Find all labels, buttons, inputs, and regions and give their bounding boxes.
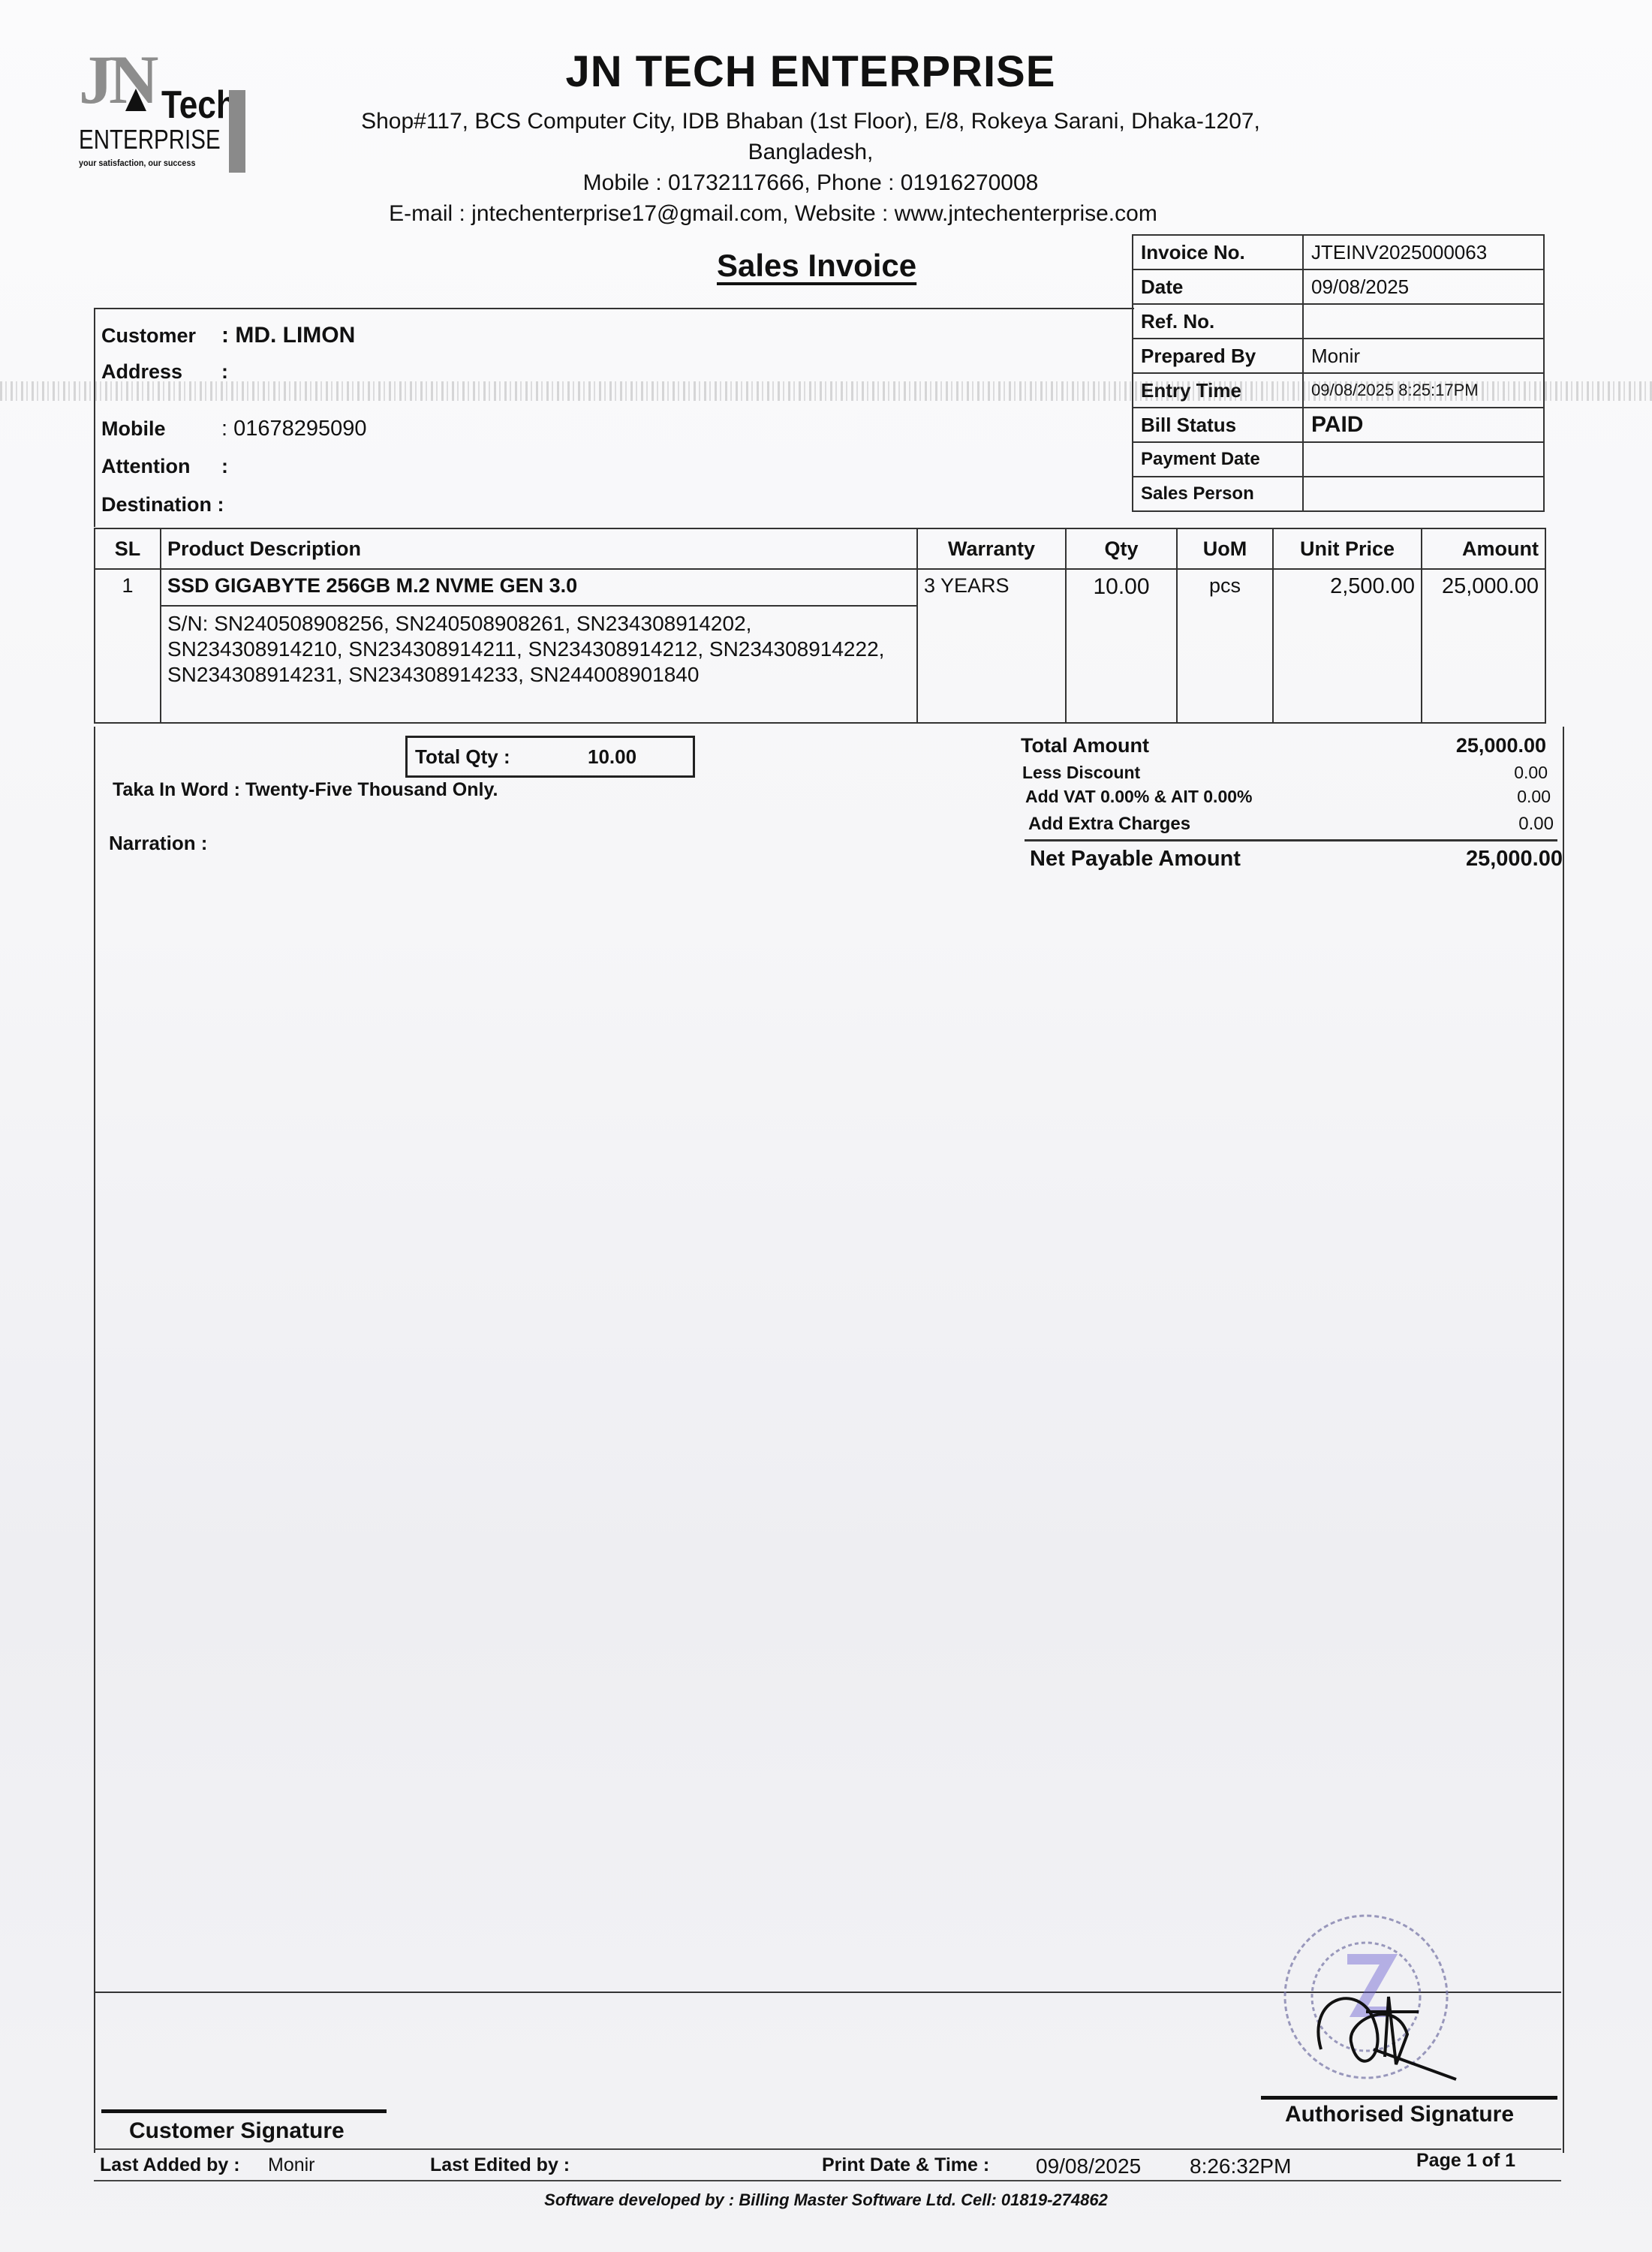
total-qty-box: Total Qty : 10.00: [405, 736, 695, 778]
document-title: Sales Invoice: [717, 248, 916, 284]
info-row-invoice-no: Invoice No.JTEINV2025000063: [1133, 235, 1544, 269]
company-contact: Mobile : 01732117666, Phone : 0191627000…: [285, 170, 1336, 196]
info-row-date: Date09/08/2025: [1133, 269, 1544, 304]
items-header-row: SL Product Description Warranty Qty UoM …: [95, 528, 1545, 569]
company-address-line1: Shop#117, BCS Computer City, IDB Bhaban …: [285, 109, 1336, 134]
invoice-info-table: Invoice No.JTEINV2025000063 Date09/08/20…: [1132, 234, 1545, 512]
info-row-bill-status: Bill StatusPAID: [1133, 408, 1544, 442]
logo-triangle-icon: [125, 89, 146, 111]
destination-row: Destination :: [101, 493, 224, 516]
company-address-line2: Bangladesh,: [285, 140, 1336, 165]
address-row: Address:: [101, 360, 228, 384]
serial-numbers: S/N: SN240508908256, SN240508908261, SN2…: [167, 611, 910, 688]
company-stamp-icon: [1276, 1907, 1464, 2094]
summary-divider: [1025, 839, 1557, 841]
narration-label: Narration :: [109, 832, 207, 855]
logo-word: Tech: [161, 83, 236, 128]
logo-tagline: your satisfaction, our success: [79, 158, 195, 168]
page-indicator: Page 1 of 1: [1416, 2150, 1515, 2172]
company-logo: JN Tech ENTERPRISE your satisfaction, ou…: [79, 45, 259, 173]
info-row-sales-person: Sales Person: [1133, 477, 1544, 511]
company-web: E-mail : jntechenterprise17@gmail.com, W…: [248, 201, 1298, 227]
logo-subword: ENTERPRISE: [79, 124, 221, 155]
authorised-signature-line: [1261, 2096, 1557, 2100]
table-row: 1 SSD GIGABYTE 256GB M.2 NVME GEN 3.0 S/…: [95, 569, 1545, 723]
developer-credit: Software developed by : Billing Master S…: [0, 2190, 1652, 2210]
customer-block: Customer: MD. LIMON Address: Mobile: 016…: [94, 308, 1134, 527]
company-name: JN TECH ENTERPRISE: [315, 47, 1306, 97]
scan-noise-band: [0, 381, 1652, 401]
info-row-ref-no: Ref. No.: [1133, 304, 1544, 339]
product-name: SSD GIGABYTE 256GB M.2 NVME GEN 3.0: [161, 570, 916, 607]
customer-signature-line: [101, 2109, 387, 2113]
info-row-payment-date: Payment Date: [1133, 442, 1544, 477]
customer-signature-label: Customer Signature: [129, 2118, 345, 2144]
mobile-row: Mobile: 01678295090: [101, 417, 367, 441]
info-row-prepared-by: Prepared ByMonir: [1133, 339, 1544, 373]
items-table: SL Product Description Warranty Qty UoM …: [94, 528, 1546, 724]
status-badge: PAID: [1303, 408, 1544, 442]
customer-row: Customer: MD. LIMON: [101, 323, 355, 348]
authorised-signature-label: Authorised Signature: [1285, 2102, 1514, 2127]
footer-bar: Last Added by : Monir Last Edited by : P…: [94, 2148, 1561, 2181]
logo-bar: [229, 90, 245, 173]
amount-in-words: Taka In Word : Twenty-Five Thousand Only…: [113, 779, 498, 801]
attention-row: Attention:: [101, 455, 228, 478]
